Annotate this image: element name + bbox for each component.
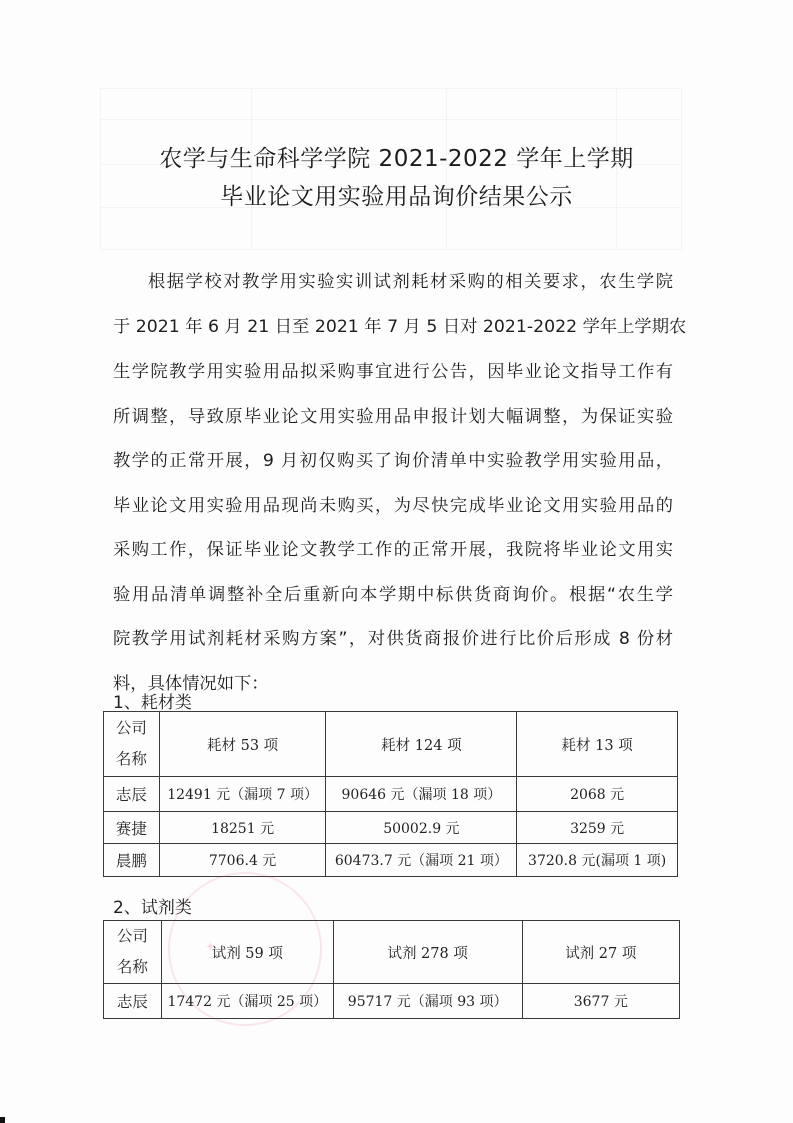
price-cell: 95717 元（漏项 93 项） xyxy=(333,984,522,1019)
body-line: 所调整，导致原毕业论文用实验用品申报计划大幅调整，为保证实验 xyxy=(113,402,673,427)
price-cell: 2068 元 xyxy=(517,777,678,812)
price-cell: 50002.9 元 xyxy=(326,812,517,844)
price-cell: 12491 元（漏项 7 项） xyxy=(159,777,326,812)
price-cell: 3677 元 xyxy=(522,984,679,1019)
table-row: 志辰 17472 元（漏项 25 项） 95717 元（漏项 93 项） 367… xyxy=(104,984,680,1019)
document-page: 农学与生命科学学院 2021-2022 学年上学期 毕业论文用实验用品询价结果公… xyxy=(0,0,793,1123)
column-header: 试剂 27 项 xyxy=(522,921,679,984)
consumables-price-table: 公司 名称 耗材 53 项 耗材 124 项 耗材 13 项 志辰 12491 … xyxy=(103,711,678,877)
body-line: 于 2021 年 6 月 21 日至 2021 年 7 月 5 日对 2021-… xyxy=(113,312,673,337)
company-name-header: 公司 名称 xyxy=(104,712,160,777)
header-text: 名称 xyxy=(104,952,161,983)
section-heading-reagents: 2、试剂类 xyxy=(113,893,192,918)
table-header-row: 公司 名称 耗材 53 项 耗材 124 项 耗材 13 项 xyxy=(104,712,678,777)
company-cell: 志辰 xyxy=(104,777,160,812)
body-line: 根据学校对教学用实验实训试剂耗材采购的相关要求，农生学院 xyxy=(148,267,673,292)
column-header: 耗材 53 项 xyxy=(159,712,326,777)
body-line: 采购工作，保证毕业论文教学工作的正常开展，我院将毕业论文用实 xyxy=(113,535,673,560)
body-line: 教学的正常开展，9 月初仅购买了询价清单中实验教学用实验用品， xyxy=(113,446,673,471)
column-header: 耗材 124 项 xyxy=(326,712,517,777)
company-cell: 晨鹏 xyxy=(104,844,160,877)
header-text: 名称 xyxy=(104,744,159,775)
scan-edge-mark xyxy=(0,1117,5,1123)
section-heading-consumables: 1、耗材类 xyxy=(113,688,192,713)
price-cell: 17472 元（漏项 25 项） xyxy=(161,984,333,1019)
price-cell: 3259 元 xyxy=(517,812,678,844)
body-line: 验用品清单调整补全后重新向本学期中标供货商询价。根据“农生学 xyxy=(113,580,673,605)
company-name-header: 公司 名称 xyxy=(104,921,162,984)
document-title-line1: 农学与生命科学学院 2021-2022 学年上学期 xyxy=(0,140,793,173)
column-header: 试剂 59 项 xyxy=(161,921,333,984)
company-cell: 赛捷 xyxy=(104,812,160,844)
column-header: 耗材 13 项 xyxy=(517,712,678,777)
body-line: 料，具体情况如下： xyxy=(113,669,673,694)
document-title-line2: 毕业论文用实验用品询价结果公示 xyxy=(0,178,793,211)
price-cell: 90646 元（漏项 18 项） xyxy=(326,777,517,812)
price-cell: 18251 元 xyxy=(159,812,326,844)
header-text: 公司 xyxy=(104,921,161,952)
body-line: 生学院教学用实验用品拟采购事宜进行公告，因毕业论文指导工作有 xyxy=(113,357,673,382)
table-row: 晨鹏 7706.4 元 60473.7 元（漏项 21 项） 3720.8 元(… xyxy=(104,844,678,877)
body-line: 毕业论文用实验用品现尚未购买，为尽快完成毕业论文用实验用品的 xyxy=(113,491,673,516)
header-text: 公司 xyxy=(104,713,159,744)
table-row: 赛捷 18251 元 50002.9 元 3259 元 xyxy=(104,812,678,844)
column-header: 试剂 278 项 xyxy=(333,921,522,984)
company-cell: 志辰 xyxy=(104,984,162,1019)
table-header-row: 公司 名称 试剂 59 项 试剂 278 项 试剂 27 项 xyxy=(104,921,680,984)
table-row: 志辰 12491 元（漏项 7 项） 90646 元（漏项 18 项） 2068… xyxy=(104,777,678,812)
body-line: 院教学用试剂耗材采购方案”，对供货商报价进行比价后形成 8 份材 xyxy=(113,624,673,649)
reagents-price-table: 公司 名称 试剂 59 项 试剂 278 项 试剂 27 项 志辰 17472 … xyxy=(103,920,680,1019)
price-cell: 60473.7 元（漏项 21 项） xyxy=(326,844,517,877)
price-cell: 3720.8 元(漏项 1 项) xyxy=(517,844,678,877)
